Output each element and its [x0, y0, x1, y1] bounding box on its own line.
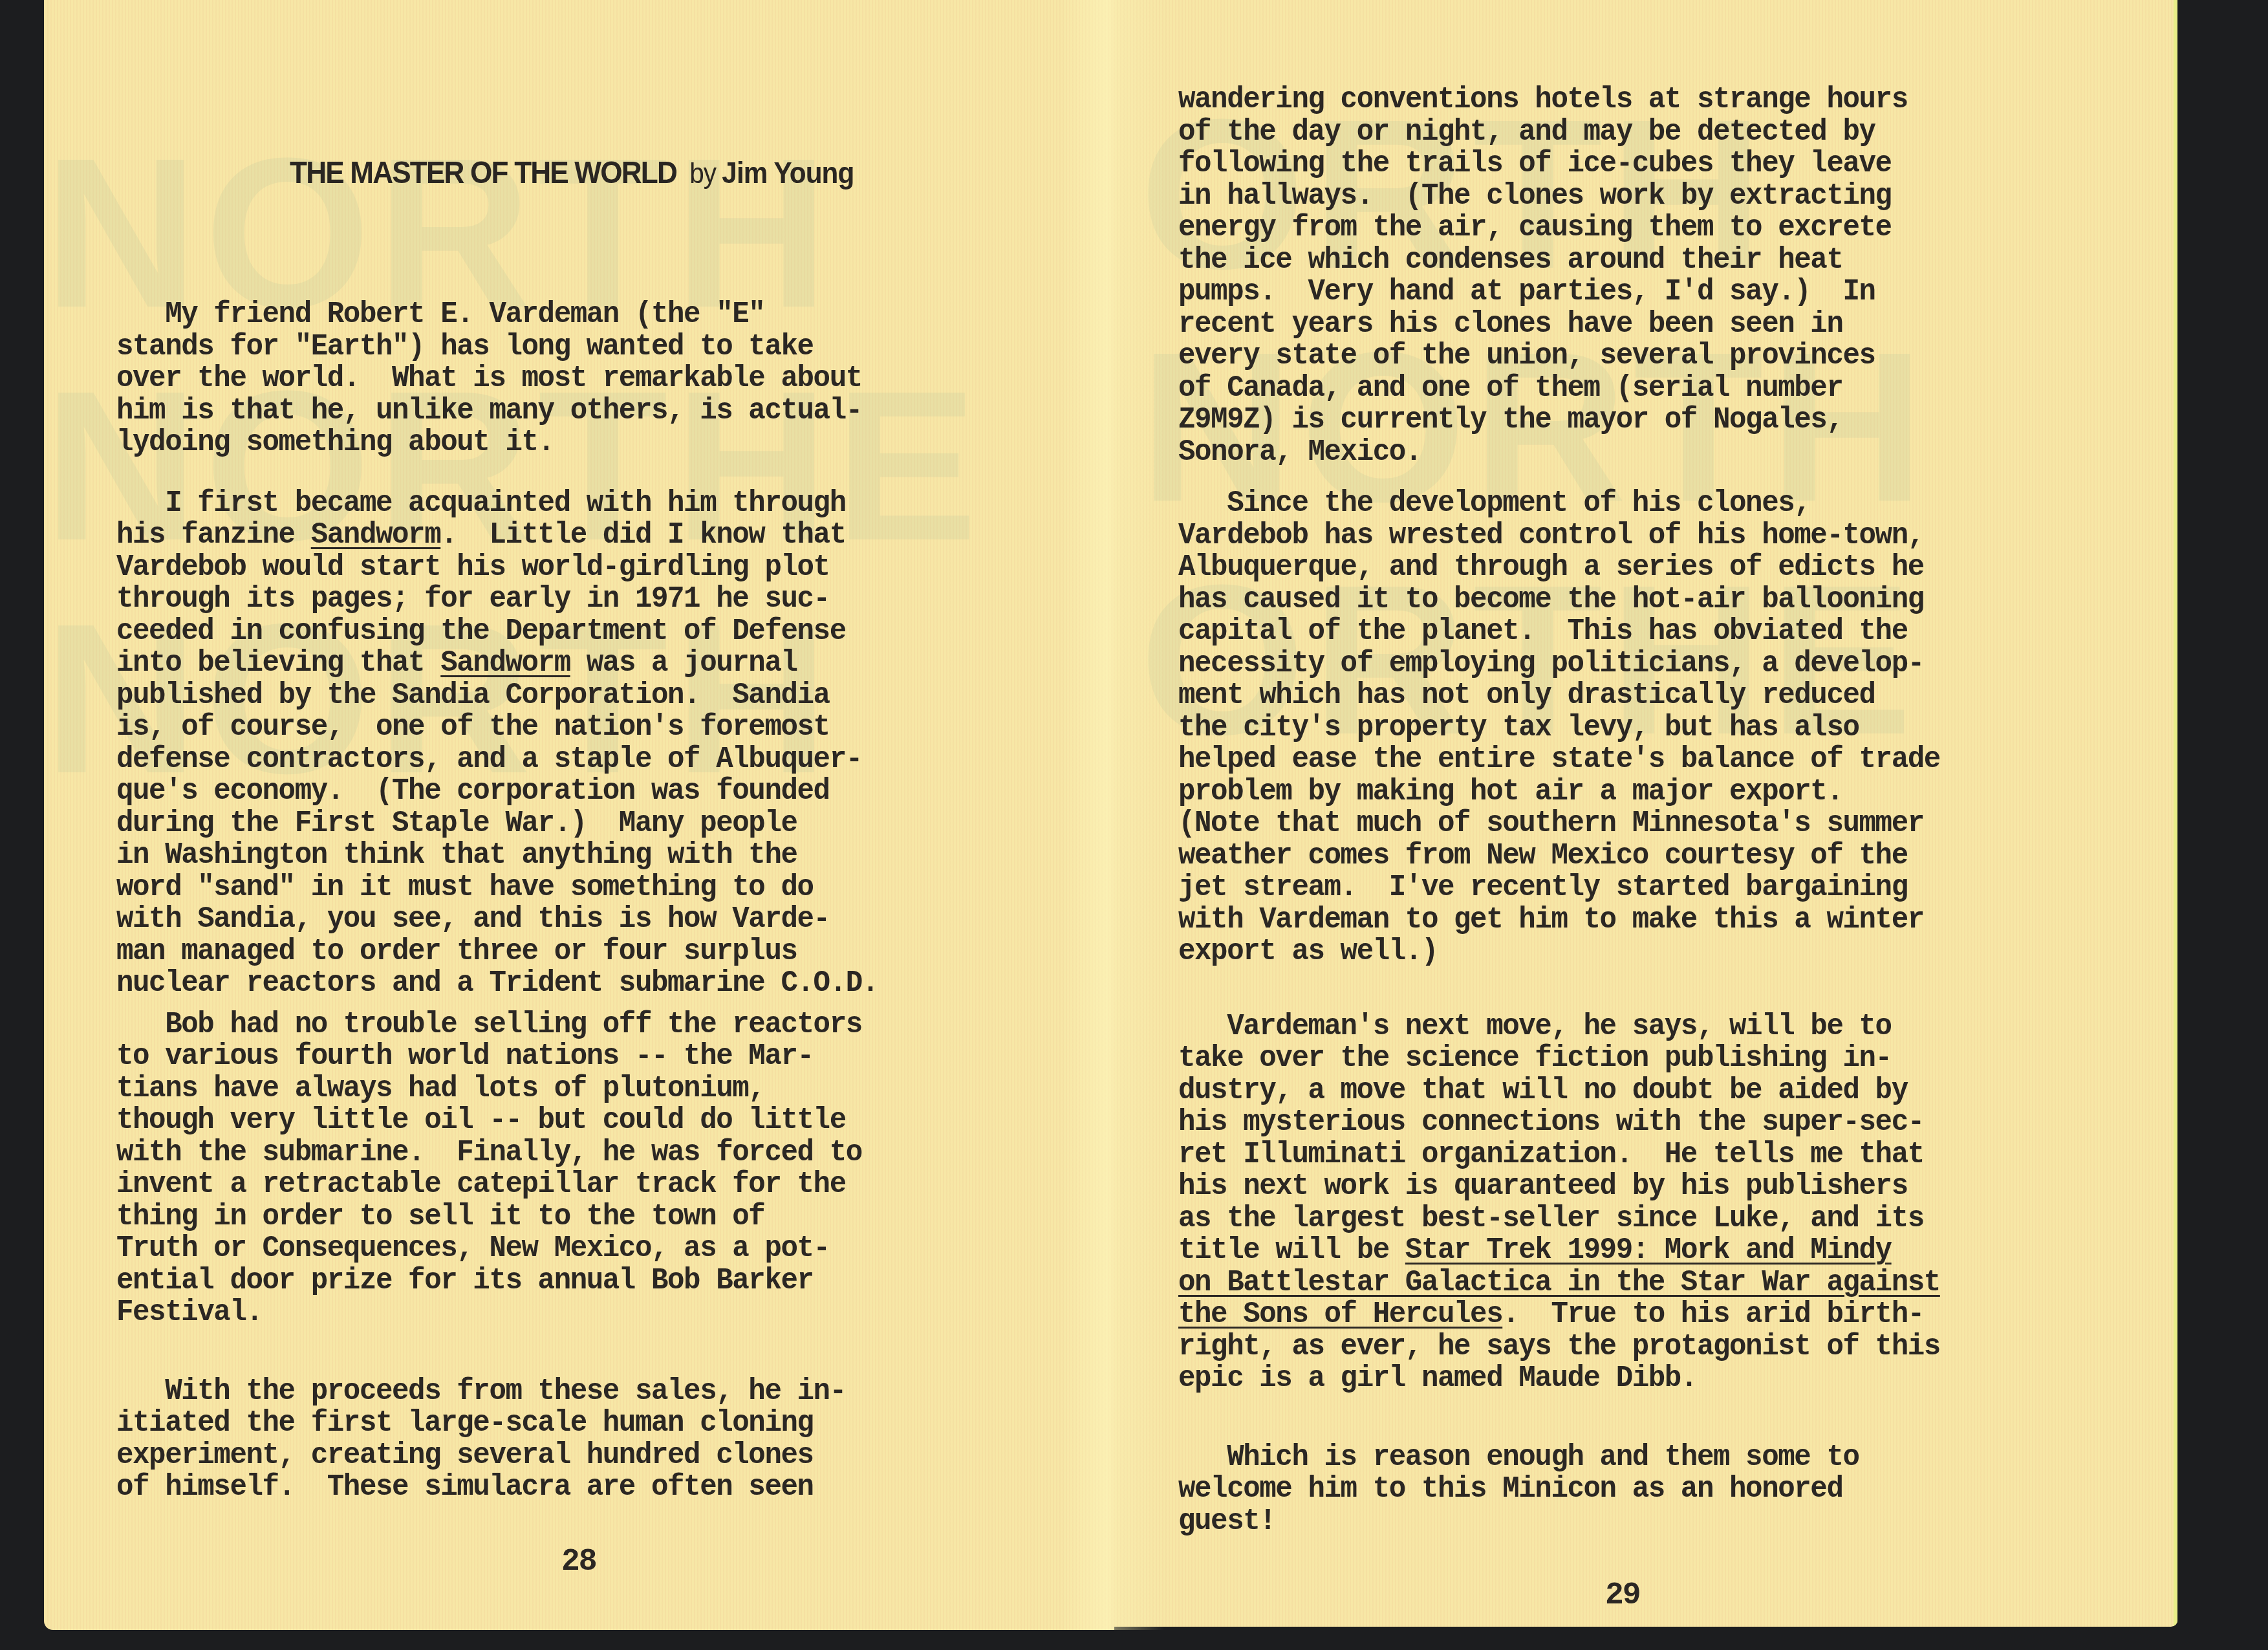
text-line: thing in order to sell it to the town of	[116, 1201, 878, 1233]
text-line: guest!	[1178, 1506, 1940, 1538]
page-number-right: 29	[1605, 1578, 1640, 1613]
text-line: of the day or night, and may be detected…	[1178, 116, 1940, 149]
text-line: invent a retractable catepillar track fo…	[116, 1169, 878, 1201]
right-page: ORTHNORTHORTHE wandering conventions hot…	[1114, 0, 2177, 1627]
underlined-title: Sandworm	[311, 518, 440, 552]
booklet-spread: NORTHNORTHENORTH THE MASTER OF THE WORLD…	[0, 0, 2268, 1650]
text-line: with the submarine. Finally, he was forc…	[116, 1137, 878, 1169]
text-line: With the proceeds from these sales, he i…	[116, 1376, 878, 1408]
text-line: nuclear reactors and a Trident submarine…	[116, 968, 878, 1000]
text-line: export as well.)	[1178, 936, 1940, 968]
paragraph: With the proceeds from these sales, he i…	[116, 1376, 878, 1504]
underlined-title: the Sons of Hercules	[1178, 1297, 1502, 1331]
text-line: right, as ever, he says the protagonist …	[1178, 1331, 1940, 1363]
text-line: Festival.	[116, 1297, 878, 1329]
text-line: in Washington think that anything with t…	[116, 840, 878, 872]
left-page-body: My friend Robert E. Vardeman (the "E"sta…	[116, 299, 878, 1504]
text-line: of himself. These simulacra are often se…	[116, 1471, 878, 1504]
paragraph: Vardeman's next move, he says, will be t…	[1178, 1011, 1940, 1395]
paragraph: I first became acquainted with him throu…	[116, 488, 878, 1000]
text-line: ceeded in confusing the Department of De…	[116, 616, 878, 648]
text-line: of Canada, and one of them (serial numbe…	[1178, 373, 1940, 405]
text-line: him is that he, unlike many others, is a…	[116, 395, 878, 428]
paragraph: Since the development of his clones,Vard…	[1178, 488, 1940, 968]
text-line: energy from the air, causing them to exc…	[1178, 212, 1940, 244]
text-line: stands for "Earth") has long wanted to t…	[116, 331, 878, 364]
text-line: in hallways. (The clones work by extract…	[1178, 180, 1940, 213]
text-line: Bob had no trouble selling off the react…	[116, 1009, 878, 1041]
text-line: the city's property tax levy, but has al…	[1178, 712, 1940, 744]
text-line: his fanzine Sandworm. Little did I know …	[116, 519, 878, 552]
text-line: helped ease the entire state's balance o…	[1178, 744, 1940, 776]
text-line: every state of the union, several provin…	[1178, 340, 1940, 373]
text-line: ret Illuminati organization. He tells me…	[1178, 1139, 1940, 1171]
text-line: during the First Staple War.) Many peopl…	[116, 808, 878, 840]
article-title: THE MASTER OF THE WORLD	[290, 156, 676, 190]
text-line: take over the science fiction publishing…	[1178, 1043, 1940, 1075]
article-title-line: THE MASTER OF THE WORLDbyJim Young	[290, 155, 854, 191]
text-line: pumps. Very hand at parties, I'd say.) I…	[1178, 276, 1940, 309]
text-line: epic is a girl named Maude Dibb.	[1178, 1363, 1940, 1395]
text-line: jet stream. I've recently started bargai…	[1178, 872, 1940, 904]
paragraph: My friend Robert E. Vardeman (the "E"sta…	[116, 299, 878, 459]
text-line: Which is reason enough and them some to	[1178, 1442, 1940, 1474]
right-page-body: wandering conventions hotels at strange …	[1178, 84, 1940, 1537]
text-line: problem by making hot air a major export…	[1178, 776, 1940, 809]
left-page: NORTHNORTHENORTH THE MASTER OF THE WORLD…	[44, 0, 1114, 1630]
text-line: weather comes from New Mexico courtesy o…	[1178, 840, 1940, 873]
paragraph: wandering conventions hotels at strange …	[1178, 84, 1940, 468]
text-line: ment which has not only drastically redu…	[1178, 680, 1940, 712]
text-line: lydoing something about it.	[116, 427, 878, 459]
underlined-title: Sandworm	[440, 646, 570, 680]
text-line: following the trails of ice-cubes they l…	[1178, 148, 1940, 180]
text-line: Truth or Consequences, New Mexico, as a …	[116, 1233, 878, 1265]
text-line: is, of course, one of the nation's forem…	[116, 711, 878, 744]
text-line: dustry, a move that will no doubt be aid…	[1178, 1075, 1940, 1107]
paragraph: Bob had no trouble selling off the react…	[116, 1009, 878, 1329]
text-line: Z9M9Z) is currently the mayor of Nogales…	[1178, 404, 1940, 437]
article-author: Jim Young	[722, 156, 854, 190]
text-line: welcome him to this Minicon as an honore…	[1178, 1473, 1940, 1506]
text-line: Vardebob would start his world-girdling …	[116, 552, 878, 584]
text-line: his mysterious connections with the supe…	[1178, 1107, 1940, 1139]
text-line: ential door prize for its annual Bob Bar…	[116, 1265, 878, 1297]
underlined-title: on Battlestar Galactica in the Star War …	[1178, 1266, 1940, 1299]
text-line: wandering conventions hotels at strange …	[1178, 84, 1940, 116]
text-line: Albuquerque, and through a series of edi…	[1178, 552, 1940, 584]
text-line: man managed to order three or four surpl…	[116, 936, 878, 968]
text-line: has caused it to become the hot-air ball…	[1178, 584, 1940, 616]
text-line: My friend Robert E. Vardeman (the "E"	[116, 299, 878, 331]
text-line: experiment, creating several hundred clo…	[116, 1440, 878, 1472]
text-line: Vardebob has wrested control of his home…	[1178, 520, 1940, 552]
text-line: with Sandia, you see, and this is how Va…	[116, 904, 878, 936]
text-line: over the world. What is most remarkable …	[116, 363, 878, 395]
text-line: as the largest best-seller since Luke, a…	[1178, 1203, 1940, 1235]
text-line: the ice which condenses around their hea…	[1178, 244, 1940, 277]
underlined-title: Star Trek 1999: Mork and Mindy	[1405, 1233, 1892, 1267]
page-number-left: 28	[561, 1545, 596, 1579]
text-line: into believing that Sandworm was a journ…	[116, 647, 878, 680]
text-line: Vardeman's next move, he says, will be t…	[1178, 1011, 1940, 1043]
paragraph: Which is reason enough and them some tow…	[1178, 1442, 1940, 1538]
text-line: tians have always had lots of plutonium,	[116, 1073, 878, 1105]
text-line: recent years his clones have been seen i…	[1178, 309, 1940, 341]
text-line: I first became acquainted with him throu…	[116, 488, 878, 520]
text-line: que's economy. (The corporation was foun…	[116, 776, 878, 808]
text-line: on Battlestar Galactica in the Star War …	[1178, 1267, 1940, 1299]
text-line: title will be Star Trek 1999: Mork and M…	[1178, 1235, 1940, 1267]
text-line: through its pages; for early in 1971 he …	[116, 583, 878, 616]
text-line: published by the Sandia Corporation. San…	[116, 680, 878, 712]
text-line: word "sand" in it must have something to…	[116, 872, 878, 904]
text-line: the Sons of Hercules. True to his arid b…	[1178, 1299, 1940, 1331]
text-line: though very little oil -- but could do l…	[116, 1105, 878, 1137]
byline-prefix: by	[689, 158, 716, 190]
text-line: his next work is quaranteed by his publi…	[1178, 1171, 1940, 1203]
text-line: Sonora, Mexico.	[1178, 437, 1940, 469]
text-line: to various fourth world nations -- the M…	[116, 1041, 878, 1073]
text-line: Since the development of his clones,	[1178, 488, 1940, 520]
text-line: defense contractors, and a staple of Alb…	[116, 744, 878, 776]
text-line: capital of the planet. This has obviated…	[1178, 616, 1940, 648]
text-line: itiated the first large-scale human clon…	[116, 1407, 878, 1440]
text-line: (Note that much of southern Minnesota's …	[1178, 808, 1940, 840]
text-line: necessity of employing politicians, a de…	[1178, 648, 1940, 680]
text-line: with Vardeman to get him to make this a …	[1178, 904, 1940, 937]
